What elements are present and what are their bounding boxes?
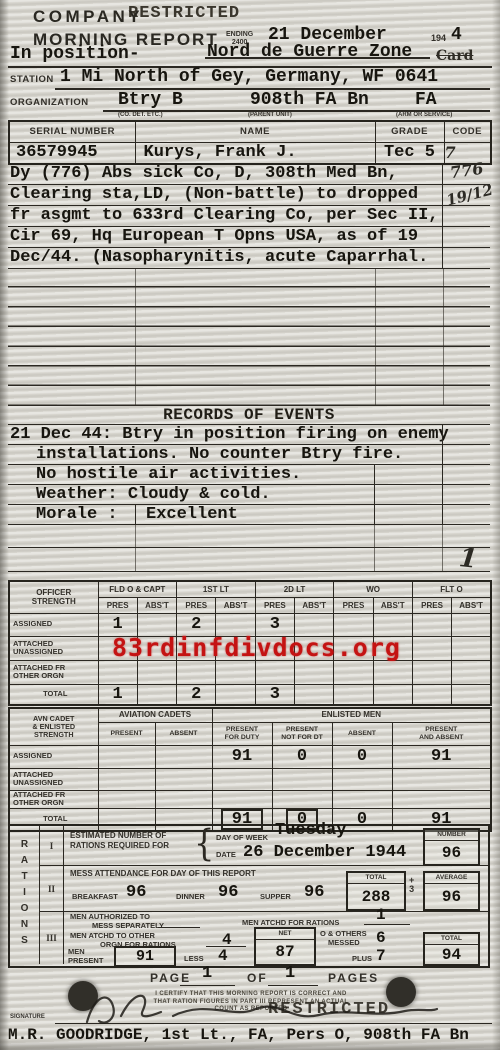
event-row-empty [8,524,490,548]
event-text: Weather: Cloudy & cold. [36,486,271,503]
remark-line: Clearing sta,LD, (Non-battle) to dropped… [8,184,490,206]
cell-name: Kurys, Frank J. [135,142,375,164]
sub-header: PRESENT AND ABSENT [392,722,491,745]
group-header: FLT O [412,581,491,597]
row-label: ATTACHED UNASSIGNED [9,768,98,790]
table-row: ATTACHED FR OTHER ORGN [9,660,491,684]
event-text: 21 Dec 44: Btry in position firing on en… [10,426,449,443]
cell [334,660,373,684]
cell-serial: 36579945 [9,142,135,164]
supper-value: 96 [304,884,324,901]
cell [98,790,155,808]
cell [373,660,412,684]
table-row: OFFICER STRENGTH FLD O & CAPT 1ST LT 2D … [9,581,491,597]
group-header: WO [334,581,413,597]
of-label: OF [247,971,268,985]
sub-header: PRES [412,597,451,613]
rations-total-box: TOTAL 94 [423,932,480,966]
rations-side-label-cell: RATIONS [10,826,40,964]
org-unit: Btry B [118,91,183,109]
mess-total-box: TOTAL 288 [346,871,406,911]
cell [332,768,392,790]
remark-text: Clearing sta,LD, (Non-battle) to dropped [10,186,418,203]
station-label: STATION [10,75,54,85]
sub-header: PRESENT NOT FOR DT [272,722,332,745]
cell: 2 [177,684,216,705]
rations-side-label: RATIONS [19,839,30,951]
remark-text: Dec/44. (Nasopharynitis, acute Caparrhal… [10,249,428,266]
auth-mess-label-2: MESS SEPARATELY [92,922,164,931]
enlisted-strength-title: AVN CADET & ENLISTED STRENGTH [9,708,98,745]
table-row: SERIAL NUMBER NAME GRADE CODE [9,121,491,142]
row-label: ASSIGNED [9,613,98,636]
cell [98,745,155,768]
col-header-name: NAME [135,121,375,142]
sub-header: ABS'T [295,597,334,613]
org-parent-unit: 908th FA Bn [250,91,369,109]
breakfast-value: 96 [126,884,146,901]
cell [452,613,491,636]
brace-glyph: { [194,821,214,865]
col-header-grade: GRADE [375,121,444,142]
org-sub-co: (CO. DET. ETC.) [118,112,163,118]
cell [98,768,155,790]
cell [272,768,332,790]
sub-header: ABS'T [216,597,255,613]
rations-row-2: MESS ATTENDANCE FOR DAY OF THIS REPORT B… [64,866,488,912]
year-prefix: 194 [431,33,446,43]
day-of-week-value: Tuesday [275,822,346,839]
sub-header: PRESENT [98,722,155,745]
cell [412,636,451,660]
page-number: 1 [202,965,212,982]
cell [332,790,392,808]
remark-line: Dec/44. (Nasopharynitis, acute Caparrhal… [8,247,490,269]
group-header: FLD O & CAPT [98,581,177,597]
sub-header: PRES [334,597,373,613]
row-label: ATTACHED FR OTHER ORGN [9,790,98,808]
cell [412,613,451,636]
cell [295,684,334,705]
table-row: ASSIGNED 91 0 0 91 [9,745,491,768]
table-row: AVN CADET & ENLISTED STRENGTH AVIATION C… [9,708,491,722]
sub-header: ABSENT [155,722,212,745]
zone-rule [205,57,430,59]
group-header: AVIATION CADETS [98,708,212,722]
cell [295,660,334,684]
row-label: ATTACHED FR OTHER ORGN [9,660,98,684]
sub-header: ABSENT [332,722,392,745]
pages-label: PAGES [328,971,379,985]
in-position-note: In position- [10,45,140,63]
table-row: ATTACHED FR OTHER ORGN [9,790,491,808]
remark-line: Cir 69, Hq European T Opns USA, as of 19 [8,226,490,248]
cell [334,684,373,705]
col-header-serial: SERIAL NUMBER [9,121,135,142]
card-label-struck: Card [436,48,473,64]
less-value: 4 [218,948,228,964]
remark-text: Dy (776) Abs sick Co, D, 308th Med Bn, [10,165,398,182]
row-label: ATTACHED UNASSIGNED [9,636,98,660]
cell [177,660,216,684]
event-row: 21 Dec 44: Btry in position firing on en… [8,424,490,445]
cell [392,768,491,790]
net-box: NET 87 [254,927,316,966]
cell: 0 [272,745,332,768]
average-box: AVERAGE 96 [423,871,480,911]
cell [216,684,255,705]
group-header: ENLISTED MEN [212,708,491,722]
table-row: 36579945 Kurys, Frank J. Tec 5 7 [9,142,491,164]
cell [155,790,212,808]
cell [272,790,332,808]
row-label: TOTAL [9,684,98,705]
remark-line: Dy (776) Abs sick Co, D, 308th Med Bn, 7… [8,163,490,185]
cell [452,660,491,684]
form-title-company: COMPANY [33,7,143,27]
cell [412,660,451,684]
sub-header: PRES [255,597,294,613]
date-label: DATE [216,851,236,860]
enlisted-strength-table: AVN CADET & ENLISTED STRENGTH AVIATION C… [8,707,492,832]
remark-line: fr asgmt to 633rd Clearing Co, per Sec I… [8,205,490,227]
sub-header: PRES [98,597,137,613]
officer-strength-title: OFFICER STRENGTH [9,581,98,613]
rations-row-numeral: III [40,912,64,964]
handwritten-code: 7 [445,143,456,162]
year-typed: 4 [451,26,462,44]
cell [255,660,294,684]
cell [216,660,255,684]
cell [392,790,491,808]
cell [373,684,412,705]
plus-label: PLUS [352,955,372,964]
cell [452,636,491,660]
sub-header: ABS'T [373,597,412,613]
cell: 3 [255,684,294,705]
dinner-value: 96 [218,884,238,901]
less-label: LESS [184,955,204,964]
date-value: 26 December 1944 [243,844,406,861]
event-row: installations. No counter Btry fire. [8,444,490,465]
row-label: ASSIGNED [9,745,98,768]
rations-row-1: ESTIMATED NUMBER OF RATIONS REQUIRED FOR… [64,826,488,866]
cell [137,660,176,684]
ending-label: ENDING [226,31,253,39]
event-text: Excellent [146,506,238,523]
remark-text: fr asgmt to 633rd Clearing Co, per Sec I… [10,207,438,224]
others-messed-value: 6 [376,930,386,946]
roster-table: SERIAL NUMBER NAME GRADE CODE 36579945 K… [8,120,492,165]
events-title: RECORDS OF EVENTS [163,406,335,424]
sub-header: PRES [177,597,216,613]
site-watermark: 83rdinfdivdocs.org [112,633,401,662]
handwritten-code: 776 [449,159,485,182]
cell [212,768,272,790]
event-row: No hostile air activities. [8,464,490,485]
group-header: 1ST LT [177,581,256,597]
page-label: PAGE [150,971,191,985]
events-header: RECORDS OF EVENTS [8,406,490,425]
org-sub-parent: (PARENT UNIT) [248,112,292,118]
cell: 91 [392,745,491,768]
cell [155,745,212,768]
cell [412,684,451,705]
event-text: Morale : [36,506,118,523]
group-header: 2D LT [255,581,334,597]
event-row: Weather: Cloudy & cold. [8,484,490,505]
men-present-box: 91 [114,946,176,967]
others-messed-label-2: MESSED [328,939,360,948]
plus-value: 7 [376,948,386,964]
event-row-empty [8,547,490,572]
sub-header: ABS'T [137,597,176,613]
table-row: TOTAL 1 2 3 [9,684,491,705]
breakfast-label: BREAKFAST [72,893,118,902]
table-row: ATTACHED UNASSIGNED [9,768,491,790]
station-value: 1 Mi North of Gey, Germany, WF 0641 [60,68,438,86]
dinner-label: DINNER [176,893,205,902]
rations-row-numeral: II [40,866,64,912]
cell [452,684,491,705]
org-arm: FA [415,91,437,109]
divide-by-three: + 3 [409,876,414,894]
morning-report-page: RESTRICTED COMPANY MORNING REPORT ENDING… [0,0,500,1050]
cell-grade: Tec 5 [375,142,444,164]
event-text: No hostile air activities. [36,466,301,483]
number-box: NUMBER 96 [423,828,480,866]
event-text: installations. No counter Btry fire. [36,446,403,463]
rations-estimated-label: ESTIMATED NUMBER OF RATIONS REQUIRED FOR [70,831,169,850]
cell [137,684,176,705]
cell [212,790,272,808]
sub-header: ABS'T [452,597,491,613]
cell [98,660,137,684]
cell [155,768,212,790]
sub-header: PRESENT FOR DUTY [212,722,272,745]
pages-total: 1 [285,965,295,982]
rations-row-3: MEN AUTHORIZED TO MESS SEPARATELY MEN AT… [64,912,488,964]
col-header-code: CODE [444,121,491,142]
remark-text: Cir 69, Hq European T Opns USA, as of 19 [10,228,418,245]
men-present-label: MEN PRESENT [68,948,112,965]
blank-ruled-area [8,268,490,406]
organization-label: ORGANIZATION [10,98,89,108]
rations-row-numeral: I [40,826,64,866]
event-row: Morale : Excellent [8,504,490,525]
cell: 1 [98,684,137,705]
supper-label: SUPPER [260,893,291,902]
day-of-week-label: DAY OF WEEK [216,834,268,843]
rations-section: RATIONS I ESTIMATED NUMBER OF RATIONS RE… [8,824,490,968]
cell: 91 [212,745,272,768]
signature-scrawl [75,986,445,1030]
handwritten-mark: 1 [457,543,478,575]
mess-attendance-label: MESS ATTENDANCE FOR DAY OF THIS REPORT [70,869,256,879]
signature-label: SIGNATURE [10,1014,45,1020]
restricted-stamp-top: RESTRICTED [128,4,240,23]
cell: 0 [332,745,392,768]
org-sub-arm: (ARM OR SERVICE) [396,112,452,118]
